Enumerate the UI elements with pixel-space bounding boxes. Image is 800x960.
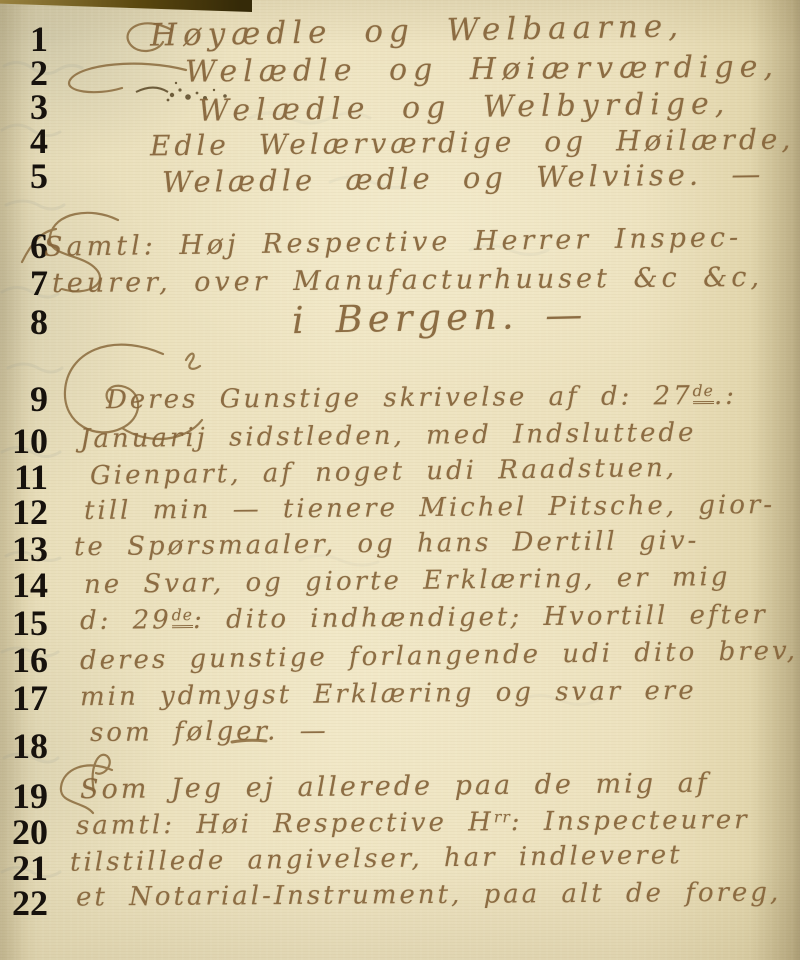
superscript-ordinal: de <box>172 606 193 628</box>
handwritten-line: Som Jeg ej allerede paa de mig af <box>80 770 710 804</box>
handwritten-line: et Notarial-Instrument, paa alt de foreg… <box>76 880 781 911</box>
handwritten-line: Edle Welærværdige og Høilærde, <box>150 126 795 161</box>
line-number: 1 <box>4 21 48 57</box>
line2-lead-flourish <box>69 64 186 92</box>
line-number: 10 <box>4 423 48 459</box>
line-number: 12 <box>4 494 48 530</box>
handwritten-line: Gienpart, af noget udi Raadstuen, <box>90 455 677 489</box>
line-number: 17 <box>4 680 48 716</box>
line-number: 6 <box>4 228 48 264</box>
line-number: 5 <box>4 158 48 194</box>
line-number: 16 <box>4 642 48 678</box>
handwritten-line: Januarij sidstleden, med Indsluttede <box>80 420 697 452</box>
handwritten-line: till min — tienere Michel Pitsche, gior- <box>84 492 775 524</box>
handwritten-line: d: 29de: dito indhændiget; Hvortill efte… <box>80 602 768 634</box>
handwritten-line: Deres Gunstige skrivelse af d: 27de.: <box>106 383 737 413</box>
line-number: 8 <box>4 304 48 340</box>
line-number: 2 <box>4 55 48 91</box>
handwritten-line: Welædle og Welbyrdige, <box>198 89 731 126</box>
line-number: 15 <box>4 605 48 641</box>
handwritten-line: i Bergen. — <box>292 296 588 339</box>
line-text: samtl: Høi Respective H <box>76 807 494 841</box>
manuscript-page: 1 2 3 4 5 6 7 8 9 10 11 12 13 14 15 16 1… <box>0 0 800 960</box>
line-number: 11 <box>4 459 48 495</box>
line-number: 20 <box>4 814 48 850</box>
line-number: 19 <box>4 778 48 814</box>
line-number: 4 <box>4 123 48 159</box>
handwritten-line: teurer, over Manufacturhuuset &c &c, <box>52 264 763 297</box>
handwritten-line: Høyædle og Welbaarne, <box>150 11 685 51</box>
line-number: 22 <box>4 885 48 921</box>
line-text: : Inspecteurer <box>511 805 750 837</box>
handwritten-line: min ydmygst Erklæring og svar ere <box>80 678 697 710</box>
line-number: 14 <box>4 567 48 603</box>
line-number: 13 <box>4 531 48 567</box>
handwritten-line: som følger. — <box>90 718 329 746</box>
page-top-edge-dark-strip <box>0 0 252 12</box>
handwritten-line: Welædle ædle og Welviise. — <box>162 160 765 197</box>
superscript-ordinal: de <box>693 382 714 404</box>
line-number: 3 <box>4 89 48 125</box>
handwritten-line: samtl: Høi Respective Hrr: Inspecteurer <box>76 807 750 839</box>
handwritten-line: te Spørsmaaler, og hans Dertill giv- <box>74 528 700 561</box>
superscript-abbreviation: rr <box>494 808 511 827</box>
line-text: d: 29 <box>80 605 172 636</box>
line-number: 7 <box>4 265 48 301</box>
line-number: 18 <box>4 728 48 764</box>
line-number: 21 <box>4 850 48 886</box>
line-number: 9 <box>4 381 48 417</box>
handwritten-line: Welædle og Høiærværdige, <box>185 52 779 87</box>
handwritten-line: ne Svar, og giorte Erklæring, er mig <box>84 564 731 598</box>
line-text: Deres Gunstige skrivelse af d: 27 <box>106 381 693 415</box>
handwritten-line: deres gunstige forlangende udi dito brev… <box>80 638 798 674</box>
line-text: : dito indhændiget; Hvortill efter <box>193 600 768 635</box>
handwritten-line: tilstillede angivelser, har indleveret <box>70 842 683 875</box>
line-text: .: <box>714 381 737 411</box>
handwritten-line: Samtl: Høj Respective Herrer Inspec- <box>44 224 742 261</box>
